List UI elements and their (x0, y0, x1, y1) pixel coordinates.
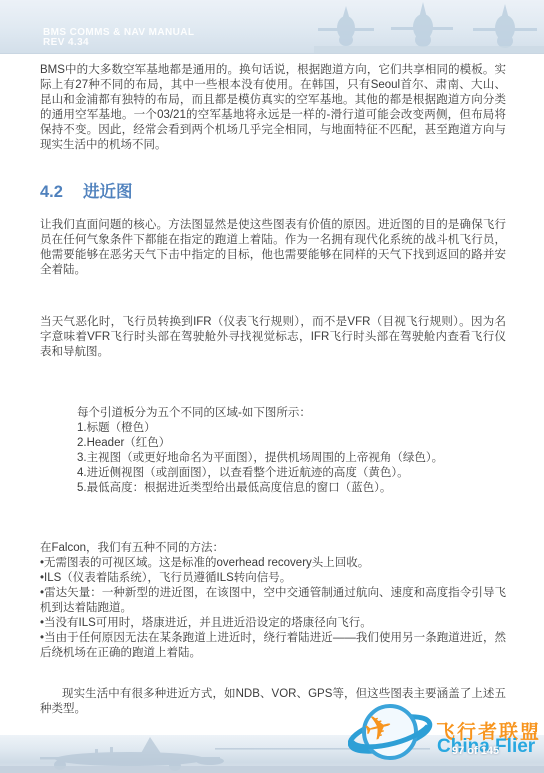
method-item-visual: •无需图表的可视区域。这是标准的overhead recovery头上回收。 (40, 556, 506, 571)
method-item-circling: •当由于任何原因无法在某条跑道上进近时，绕行着陆进近——我们使用另一条跑道进近，… (40, 631, 506, 661)
globe-airplane-icon: ✈ (348, 690, 444, 773)
zone-item-minima: 5.最低高度：根据进近类型给出最低高度信息的窗口（蓝色）。 (77, 481, 506, 496)
zone-item-planview: 3.主视图（或更好地命名为平面图），提供机场周围的上帝视角（绿色）。 (77, 451, 506, 466)
page-number: 97 of 145 (452, 745, 499, 757)
manual-revision: REV 4.34 (43, 38, 194, 48)
chinaflier-logo: ✈ 飞行者联盟 China Flier (348, 688, 544, 773)
chart-zone-list: 每个引道板分为五个不同的区域-如下图所示： 1.标题（橙色） 2.Header（… (77, 406, 506, 496)
paragraph-ifr-vfr: 当天气恶化时，飞行员转换到IFR（仪表飞行规则），而不是VFR（目视飞行规则）。… (40, 315, 506, 360)
page-content: BMS中的大多数空军基地都是通用的。换句话说，根据跑道方向，它们共享相同的模板。… (0, 53, 544, 717)
method-item-radar-vector: •雷达矢量：一种新型的进近图，在该图中，空中交通管制通过航向、速度和高度指令引导… (40, 586, 506, 616)
section-number: 4.2 (40, 183, 63, 201)
paragraph-generic-airbases: BMS中的大多数空军基地都是通用的。换句话说，根据跑道方向，它们共享相同的模板。… (40, 63, 506, 153)
section-heading: 4.2进近图 (40, 181, 506, 203)
banner-text: BMS COMMS & NAV MANUAL REV 4.34 (43, 28, 194, 48)
zone-list-intro: 每个引道板分为五个不同的区域-如下图所示： (77, 406, 506, 421)
fighter-jets-image (314, 0, 544, 53)
zone-item-header: 2.Header（红色） (77, 436, 506, 451)
header-banner: BMS COMMS & NAV MANUAL REV 4.34 (0, 0, 544, 54)
paragraph-approach-purpose: 让我们直面问题的核心。方法图显然是使这些图表有价值的原因。进近图的目的是确保飞行… (40, 218, 506, 278)
approach-methods-list: 在Falcon，我们有五种不同的方法： •无需图表的可视区域。这是标准的over… (40, 541, 506, 661)
methods-intro: 在Falcon，我们有五种不同的方法： (40, 541, 506, 556)
zone-item-title: 1.标题（橙色） (77, 421, 506, 436)
section-title: 进近图 (83, 183, 133, 201)
method-item-ils: •ILS（仪表着陆系统），飞行员遵循ILS转向信号。 (40, 571, 506, 586)
zone-item-profile: 4.进近侧视图（或剖面图），以查看整个进近航迹的高度（黄色）。 (77, 466, 506, 481)
method-item-tacan: •当没有ILS可用时，塔康进近，并且进近沿设定的塔康径向飞行。 (40, 616, 506, 631)
